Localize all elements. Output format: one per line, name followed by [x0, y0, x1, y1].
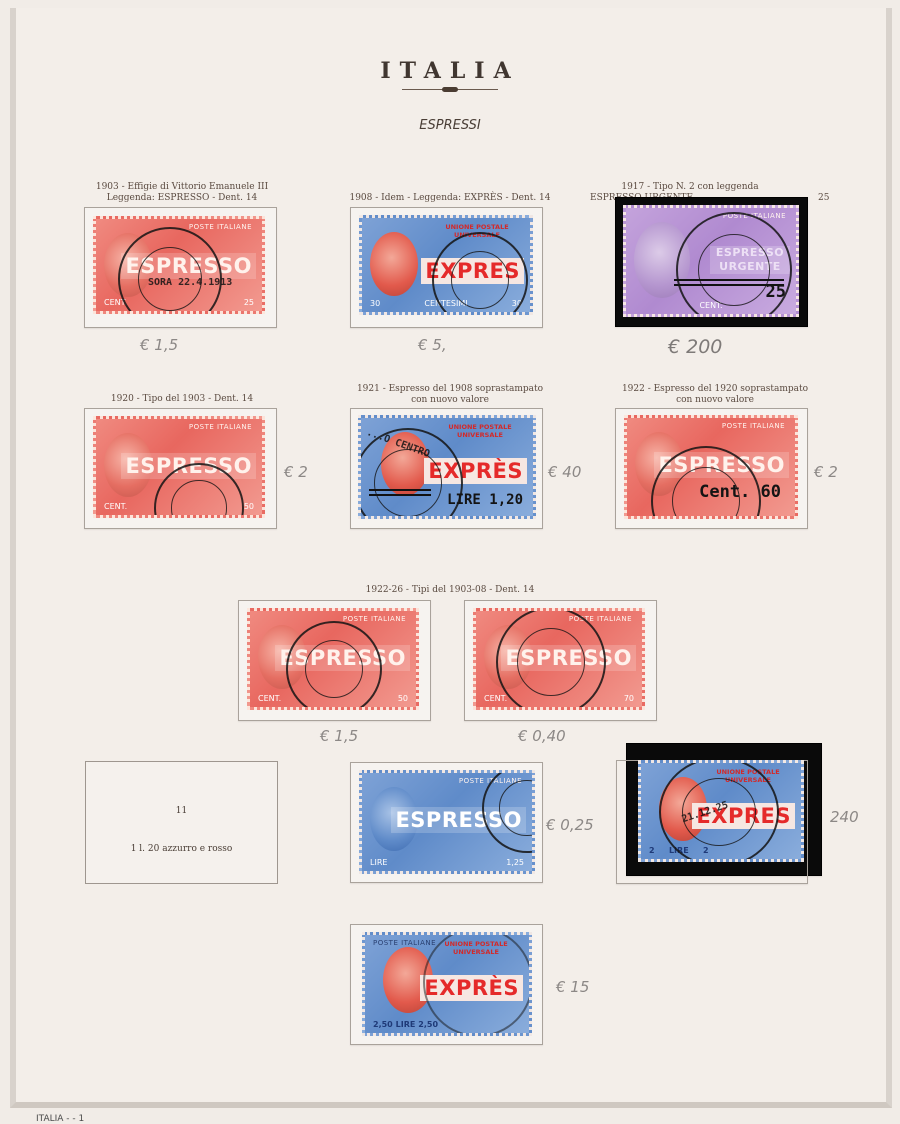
- price-note: € 0,40: [518, 727, 566, 745]
- stamp-1917-25c[interactable]: POSTE ITALIANE ESPRESSO URGENTE 25 CENT.: [623, 205, 799, 317]
- postmark-cancel: [496, 608, 606, 710]
- price-note: 240: [830, 808, 859, 826]
- empty-slot-card: 11 1 l. 20 azzurro e rosso: [85, 761, 278, 884]
- postmark-cancel: [286, 621, 382, 710]
- king-portrait: [370, 232, 418, 296]
- stamp-upu-legend: UNIONE POSTALE UNIVERSALE: [435, 423, 525, 439]
- section-caption-suffix: 25: [818, 193, 829, 204]
- stamp-legend: POSTE ITALIANE: [189, 223, 252, 231]
- caption-line: 1922 - Espresso del 1920 soprastampato: [605, 384, 825, 395]
- stamp-legend: POSTE ITALIANE: [189, 423, 252, 431]
- stamp-1903-25c[interactable]: POSTE ITALIANE ESPRESSO CENT.25 SORA 22.…: [93, 216, 265, 314]
- price-note: € 2: [284, 463, 308, 481]
- caption-line: con nuovo valore: [340, 395, 560, 406]
- postmark-cancel: [423, 932, 532, 1036]
- stamp-1922-cent-60[interactable]: POSTE ITALIANE ESPRESSO Cent. 60: [624, 415, 798, 519]
- price-note: € 0,25: [546, 816, 594, 834]
- stamp-1921-lire-1-20[interactable]: UNIONE POSTALE UNIVERSALE EXPRÈS LIRE 1,…: [358, 415, 536, 519]
- price-note: € 200: [668, 336, 722, 358]
- stamp-1922-26-50c[interactable]: POSTE ITALIANE ESPRESSO CENT.50: [247, 608, 419, 710]
- stamp-value: LIRE1,25: [370, 858, 524, 867]
- stamp-1922-26-70c[interactable]: POSTE ITALIANE ESPRESSO CENT.70: [473, 608, 645, 710]
- price-note: € 1,5: [320, 727, 358, 745]
- stamp-1920-50c[interactable]: POSTE ITALIANE ESPRESSO CENT.50: [93, 416, 265, 518]
- stamp-1925-lire-1-25[interactable]: POSTE ITALIANE ESPRESSO LIRE1,25: [359, 770, 535, 874]
- section-caption-1920: 1920 - Tipo del 1903 - Dent. 14: [84, 394, 280, 405]
- caption-line: con nuovo valore: [605, 395, 825, 406]
- section-caption-1908: 1908 - Idem - Leggenda: EXPRÈS - Dent. 1…: [340, 193, 560, 204]
- section-caption-1922: 1922 - Espresso del 1920 soprastampato c…: [605, 384, 825, 406]
- stamp-legend: POSTE ITALIANE: [343, 615, 406, 623]
- caption-line: 1917 - Tipo N. 2 con leggenda: [590, 182, 790, 193]
- stamp-legend: POSTE ITALIANE: [373, 939, 436, 947]
- section-caption-1922-26: 1922-26 - Tipi del 1903-08 - Dent. 14: [340, 585, 560, 596]
- postmark-cancel: [432, 232, 528, 315]
- price-note: € 15: [556, 978, 589, 996]
- caption-line: 1922-26 - Tipi del 1903-08 - Dent. 14: [340, 585, 560, 596]
- caption-line: 1908 - Idem - Leggenda: EXPRÈS - Dent. 1…: [340, 193, 560, 204]
- price-note: € 1,5: [140, 336, 178, 354]
- page-subtitle: ESPRESSI: [0, 118, 900, 133]
- page-footer-label: ITALIA - - 1: [36, 1114, 84, 1124]
- section-caption-1903: 1903 - Effigie di Vittorio Emanuele III …: [84, 182, 280, 204]
- caption-line: 1920 - Tipo del 1903 - Dent. 14: [84, 394, 280, 405]
- caption-line: 1903 - Effigie di Vittorio Emanuele III: [84, 182, 280, 193]
- postmark-cancel: [482, 770, 535, 853]
- catalog-number: 11: [86, 806, 277, 816]
- postmark-cancel: [676, 212, 792, 317]
- price-note: € 40: [548, 463, 581, 481]
- price-note: € 5,: [418, 336, 447, 354]
- caption-line: Leggenda: ESPRESSO - Dent. 14: [84, 193, 280, 204]
- caption-line: 1921 - Espresso del 1908 soprastampato: [340, 384, 560, 395]
- slot-description: 1 l. 20 azzurro e rosso: [86, 844, 277, 854]
- stamp-1925-lire-2[interactable]: UNIONE POSTALE UNIVERSALE EXPRES 2LIRE2 …: [638, 760, 804, 862]
- stamp-1926-lire-2-50[interactable]: POSTE ITALIANE UNIONE POSTALE UNIVERSALE…: [362, 932, 532, 1036]
- postmark-cancel: [118, 227, 222, 314]
- section-caption-1921: 1921 - Espresso del 1908 soprastampato c…: [340, 384, 560, 406]
- page-title: ITALIA: [0, 58, 900, 84]
- title-ornament-icon: [402, 88, 498, 92]
- price-note: € 2: [814, 463, 838, 481]
- stamp-legend: POSTE ITALIANE: [722, 422, 785, 430]
- stamp-1908-30c[interactable]: UNIONE POSTALE UNIVERSALE EXPRES 30CENTE…: [359, 215, 533, 315]
- postmark-text: SORA 22.4.1913: [148, 277, 232, 288]
